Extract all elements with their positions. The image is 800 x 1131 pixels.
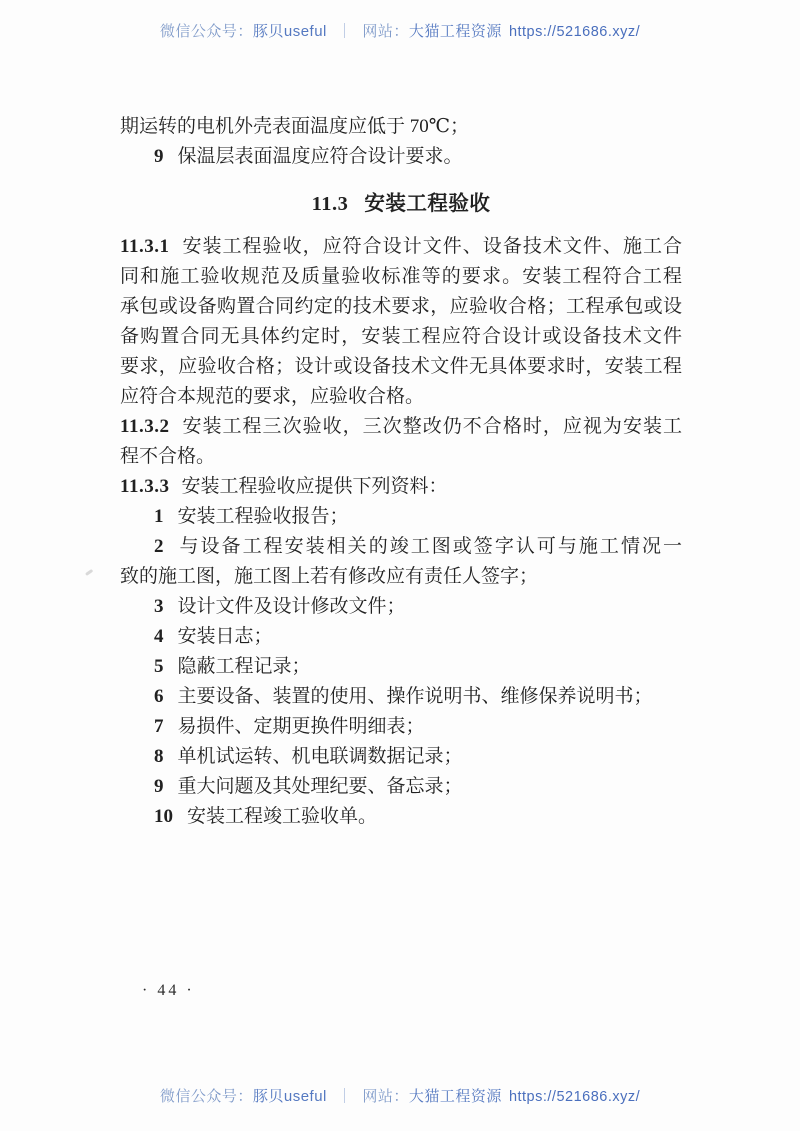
list-item-text: 安装工程验收报告； <box>178 506 349 527</box>
list-item: 6主要设备、装置的使用、操作说明书、维修保养说明书； <box>120 682 682 712</box>
list-item: 10安装工程竣工验收单。 <box>120 802 682 832</box>
list-item-text: 设计文件及设计修改文件； <box>178 596 406 617</box>
clause-text: 安装工程验收应提供下列资料： <box>181 476 447 497</box>
clause-line: 同和施工验收规范及质量验收标准等的要求。安装工程符合工程 <box>120 262 682 292</box>
list-item: 1安装工程验收报告； <box>120 502 682 532</box>
list-item: 2与设备工程安装相关的竣工图或签字认可与施工情况一 <box>120 532 682 562</box>
clause-last-line: 程不合格。 <box>120 442 682 472</box>
document-page: 微信公众号：豚贝useful｜网站：大猫工程资源https://521686.x… <box>0 0 800 1131</box>
list-item: 5隐蔽工程记录； <box>120 652 682 682</box>
list-item: 8单机试运转、机电联调数据记录； <box>120 742 682 772</box>
list-item-number: 6 <box>154 686 164 707</box>
list-item-text: 易损件、定期更换件明细表； <box>178 716 425 737</box>
clause-text: 安装工程三次验收，三次整改仍不合格时，应视为安装工 <box>181 416 682 437</box>
list-item: 3设计文件及设计修改文件； <box>120 592 682 622</box>
list-item-number: 5 <box>154 656 164 677</box>
header-site-name: 大猫工程资源 <box>409 23 502 40</box>
list-item-number: 3 <box>154 596 164 617</box>
paragraph-continuation-line: 期运转的电机外壳表面温度应低于 70℃； <box>120 112 682 142</box>
clause-line: 要求，应验收合格；设计或设备技术文件无具体要求时，安装工程 <box>120 352 682 382</box>
header-wechat-label: 微信公众号： <box>160 23 253 40</box>
clause-number: 11.3.2 <box>120 416 169 437</box>
footer-site-url: https://521686.xyz/ <box>509 1089 640 1105</box>
list-item-text: 隐蔽工程记录； <box>178 656 311 677</box>
list-item-number: 9 <box>154 146 164 167</box>
clause-line: 承包或设备购置合同约定的技术要求，应验收合格；工程承包或设 <box>120 292 682 322</box>
clause-first-line: 11.3.3安装工程验收应提供下列资料： <box>120 472 682 502</box>
list-item-number: 10 <box>154 806 173 827</box>
list-item-text: 主要设备、装置的使用、操作说明书、维修保养说明书； <box>178 686 653 707</box>
list-item-number: 4 <box>154 626 164 647</box>
list-item-continuation: 致的施工图，施工图上若有修改应有责任人签字； <box>120 562 682 592</box>
list-item-number: 1 <box>154 506 164 527</box>
list-item-text: 保温层表面温度应符合设计要求。 <box>178 146 463 167</box>
section-heading: 11.3安装工程验收 <box>120 189 682 219</box>
list-item-text: 重大问题及其处理纪要、备忘录； <box>178 776 463 797</box>
header-wechat-name: 豚贝useful <box>253 23 327 40</box>
list-item-text: 安装工程竣工验收单。 <box>187 806 377 827</box>
clause-last-line: 应符合本规范的要求，应验收合格。 <box>120 382 682 412</box>
list-item-text: 与设备工程安装相关的竣工图或签字认可与施工情况一 <box>178 536 683 557</box>
section-heading-title: 安装工程验收 <box>364 193 490 215</box>
section-heading-number: 11.3 <box>312 193 349 215</box>
list-item-text: 单机试运转、机电联调数据记录； <box>178 746 463 767</box>
header-separator: ｜ <box>337 23 353 40</box>
footer-wechat-name: 豚贝useful <box>253 1088 327 1105</box>
page-body: 期运转的电机外壳表面温度应低于 70℃； 9保温层表面温度应符合设计要求。 11… <box>120 112 682 832</box>
clause-number: 11.3.1 <box>120 236 169 257</box>
footer-site-label: 网站： <box>362 1088 409 1105</box>
list-item-number: 7 <box>154 716 164 737</box>
scan-artifact <box>85 569 93 576</box>
list-item: 9重大问题及其处理纪要、备忘录； <box>120 772 682 802</box>
list-item-text: 安装日志； <box>178 626 273 647</box>
page-number: · 44 · <box>142 982 195 1000</box>
list-item: 4安装日志； <box>120 622 682 652</box>
list-item: 7易损件、定期更换件明细表； <box>120 712 682 742</box>
clause-number: 11.3.3 <box>120 476 169 497</box>
list-item-number: 2 <box>154 536 164 557</box>
list-item: 9保温层表面温度应符合设计要求。 <box>120 142 682 172</box>
list-item-number: 8 <box>154 746 164 767</box>
clause-first-line: 11.3.1安装工程验收，应符合设计文件、设备技术文件、施工合 <box>120 232 682 262</box>
footer-site-name: 大猫工程资源 <box>409 1088 502 1105</box>
header-site-label: 网站： <box>362 23 409 40</box>
list-item-number: 9 <box>154 776 164 797</box>
footer-separator: ｜ <box>337 1088 353 1105</box>
header-watermark: 微信公众号：豚贝useful｜网站：大猫工程资源https://521686.x… <box>0 20 800 41</box>
footer-watermark: 微信公众号：豚贝useful｜网站：大猫工程资源https://521686.x… <box>0 1085 800 1106</box>
header-site-url: https://521686.xyz/ <box>509 24 640 40</box>
clause-text: 安装工程验收，应符合设计文件、设备技术文件、施工合 <box>181 236 682 257</box>
clause-line: 备购置合同无具体约定时，安装工程应符合设计或设备技术文件 <box>120 322 682 352</box>
footer-wechat-label: 微信公众号： <box>160 1088 253 1105</box>
clause-first-line: 11.3.2安装工程三次验收，三次整改仍不合格时，应视为安装工 <box>120 412 682 442</box>
